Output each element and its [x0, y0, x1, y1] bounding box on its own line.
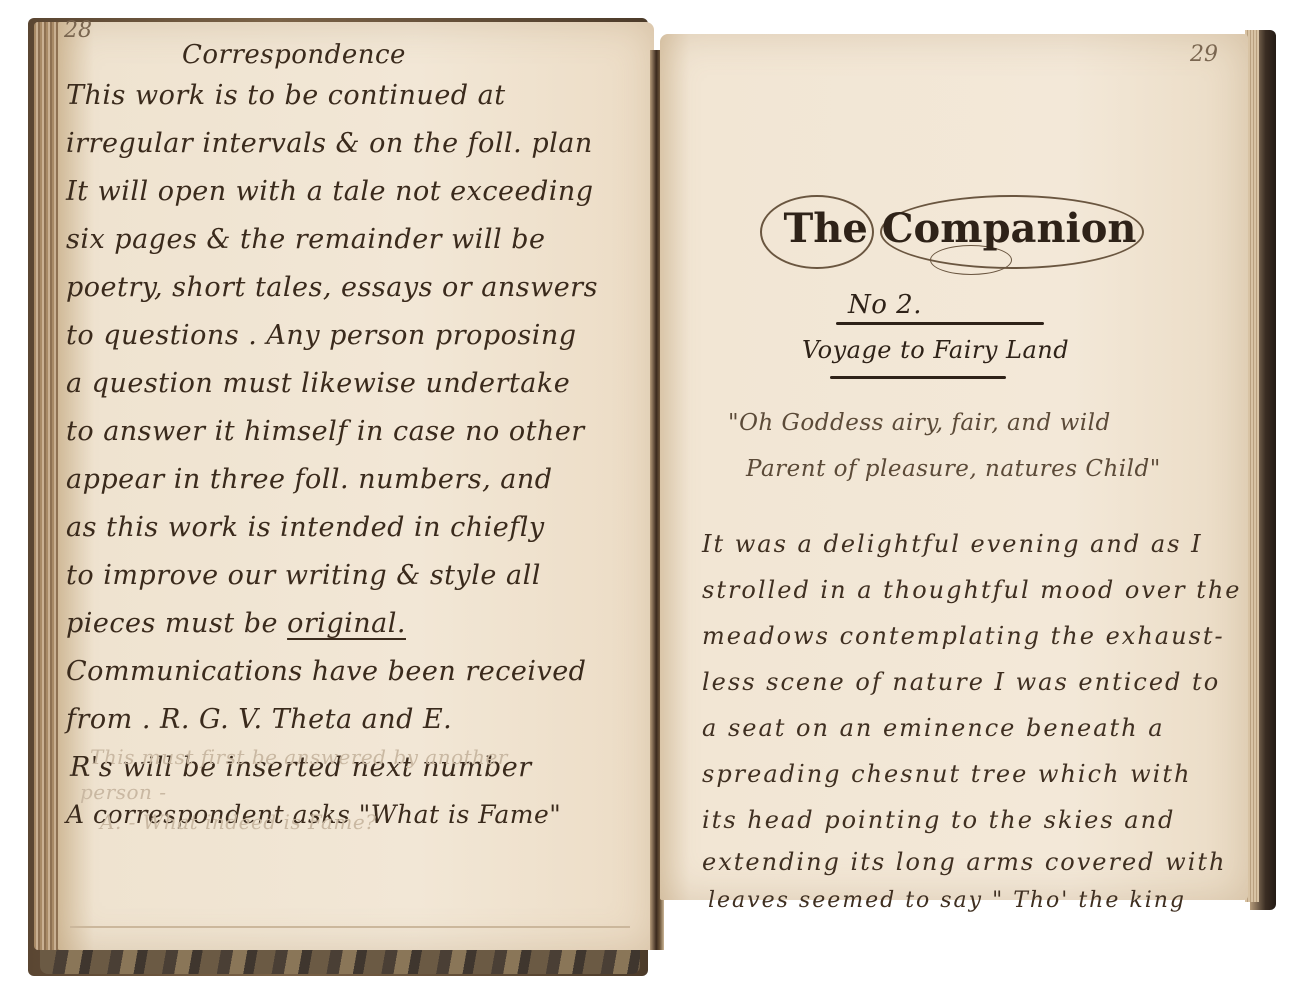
text-line: It was a delightful evening and as I [702, 530, 1203, 558]
text-line: its head pointing to the skies and [702, 806, 1175, 834]
right-page-number: 29 [1190, 42, 1218, 67]
text-line: to answer it himself in case no other [66, 416, 585, 447]
text-line: leaves seemed to say " Tho' the king [708, 888, 1186, 913]
pencil-note-line: This must first be answered by another [90, 745, 508, 769]
text-line: irregular intervals & on the foll. plan [66, 128, 593, 159]
story-title-rule [830, 376, 1006, 379]
text-line: spreading chesnut tree which with [702, 760, 1191, 788]
text-line: extending its long arms covered with [702, 848, 1227, 876]
text-line: appear in three foll. numbers, and [66, 464, 553, 495]
text-line: six pages & the remainder will be [66, 224, 546, 255]
issue-rule [836, 322, 1044, 325]
text-line: strolled in a thoughtful mood over the [702, 576, 1242, 604]
issue-number: No 2. [848, 290, 922, 320]
text-line: a question must likewise undertake [66, 368, 570, 399]
emphasized-word: original. [287, 608, 406, 639]
epigraph-line: "Oh Goddess airy, fair, and wild [728, 410, 1111, 436]
left-page-heading: Correspondence [182, 40, 406, 70]
epigraph-line: Parent of pleasure, natures Child" [746, 456, 1161, 482]
left-page-number: 28 [64, 18, 92, 43]
text-line: to improve our writing & style all [66, 560, 541, 591]
story-title: Voyage to Fairy Land [802, 336, 1069, 364]
pencil-note-line: A. - What indeed is Fame? [100, 810, 376, 834]
text-line: Communications have been received [66, 656, 586, 687]
text-line: This work is to be continued at [66, 80, 506, 111]
text-line: from . R. G. V. Theta and E. [66, 704, 452, 735]
text-line: meadows contemplating the exhaust- [702, 622, 1225, 650]
text-line: pieces must be original. [66, 608, 406, 639]
text-line: a seat on an eminence beneath a [702, 714, 1165, 742]
magazine-title: The Companion [770, 205, 1150, 252]
left-page-deckle-edge [70, 926, 630, 928]
text-line: less scene of nature I was enticed to [702, 668, 1220, 696]
open-manuscript-book: 28 Correspondence This work is to be con… [0, 0, 1298, 1000]
text-line: poetry, short tales, essays or answers [66, 272, 598, 303]
text-line: as this work is intended in chiefly [66, 512, 545, 543]
pencil-note-line: person - [80, 780, 167, 804]
text-line: It will open with a tale not exceeding [66, 176, 594, 207]
text-segment: pieces must be [66, 608, 278, 639]
text-line: to questions . Any person proposing [66, 320, 577, 351]
